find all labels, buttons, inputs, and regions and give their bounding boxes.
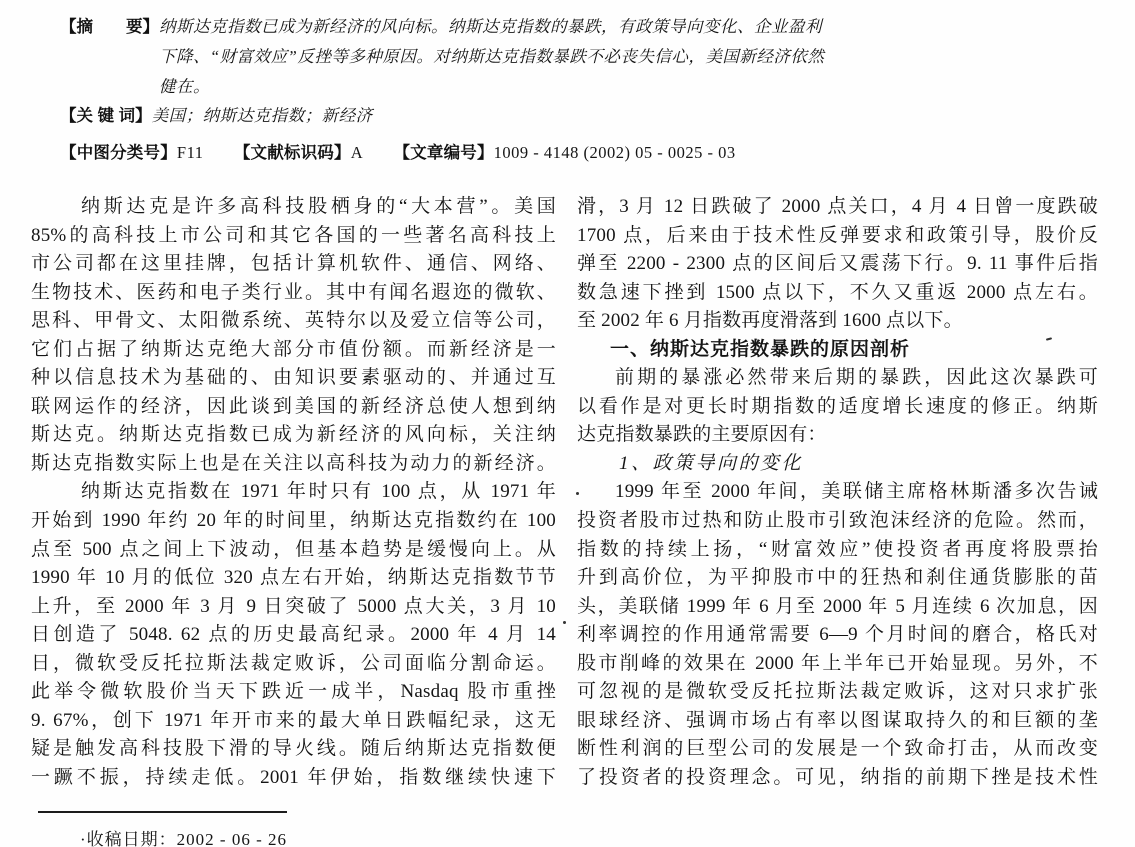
right-column: 滑，3 月 12 日跌破了 2000 点关口，4 月 4 日曾一度跌破 1700… [577, 193, 1098, 792]
scan-artifact-dot [576, 492, 579, 495]
text-line: 滑，3 月 12 日跌破了 2000 点关口，4 月 4 日曾一度跌破 [577, 193, 1098, 222]
subsection-heading: 1、政策导向的变化 [577, 450, 1098, 479]
text-line: 种以信息技术为基础的、由知识要素驱动的、并通过互 [31, 364, 556, 393]
text-line: 日，微软受反托拉斯法裁定败诉，公司面临分割命运。 [31, 650, 556, 679]
text-line: 上升，至 2000 年 3 月 9 日突破了 5000 点大关，3 月 10 [31, 593, 556, 622]
classification-block: 【中图分类号】F11 【文献标识码】A 【文章编号】1009 - 4148 (2… [60, 138, 762, 168]
abstract-text: 纳斯达克指数已成为新经济的风向标。纳斯达克指数的暴跌，有政策导向变化、企业盈利 … [159, 12, 1011, 102]
doc-code-group: 【文献标识码】A [234, 138, 363, 168]
text-line: 联网运作的经济，因此谈到美国的新经济总使人想到纳 [31, 393, 556, 422]
text-line: 利率调控的作用通常需要 6—9 个月时间的磨合，格氏对 [577, 621, 1098, 650]
text-line: 一蹶不振，持续走低。2001 年伊始，指数继续快速下 [31, 764, 556, 793]
keywords-block: 【关 键 词】 美国；纳斯达克指数；新经济 [60, 101, 1004, 131]
article-id-value: 1009 - 4148 (2002) 05 - 0025 - 03 [494, 143, 736, 162]
left-column: 纳斯达克是许多高科技股栖身的“大本营”。美国 85%的高科技上市公司和其它各国的… [31, 193, 556, 792]
text-line: 疑是触发高科技股下滑的导火线。随后纳斯达克指数便 [31, 735, 556, 764]
text-line: 点至 500 点之间上下波动，但基本趋势是缓慢向上。从 [31, 536, 556, 565]
text-line: 股市削峰的效果在 2000 年上半年已开始显现。另外，不 [577, 650, 1098, 679]
text-line: 可忽视的是微软受反托拉斯法裁定败诉，这对只求扩张 [577, 678, 1098, 707]
footnote-rule [38, 811, 287, 813]
text-line: 思科、甲骨文、太阳微系统、英特尔以及爱立信等公司， [31, 307, 556, 336]
text-line: 9. 67%，创下 1971 年开市来的最大单日跌幅纪录，这无 [31, 707, 556, 736]
text-line: 至 2002 年 6 月指数再度滑落到 1600 点以下。 [577, 307, 1098, 336]
abstract-line: 纳斯达克指数已成为新经济的风向标。纳斯达克指数的暴跌，有政策导向变化、企业盈利 [159, 12, 1011, 42]
text-line: 数急速下挫到 1500 点以下，不久又重返 2000 点左右。 [577, 279, 1098, 308]
text-line: 斯达克指数实际上也是在关注以高科技为动力的新经济。 [31, 450, 556, 479]
text-line: 此举令微软股价当天下跌近一成半，Nasdaq 股市重挫 [31, 678, 556, 707]
text-line: 达克指数暴跌的主要原因有： [577, 421, 1098, 450]
abstract-line: 下降、“财富效应”反挫等多种原因。对纳斯达克指数暴跌不必丧失信心，美国新经济依然 [159, 42, 1011, 72]
text-line: 断性利润的巨型公司的发展是一个致命打击，从而改变 [577, 735, 1098, 764]
scanned-paper-page: 【摘 要】 纳斯达克指数已成为新经济的风向标。纳斯达克指数的暴跌，有政策导向变化… [0, 0, 1135, 847]
section-heading: 一、纳斯达克指数暴跌的原因剖析 [577, 336, 1098, 365]
abstract-block: 【摘 要】 纳斯达克指数已成为新经济的风向标。纳斯达克指数的暴跌，有政策导向变化… [60, 12, 1011, 102]
text-line: 以看作是对更长时期指数的适度增长速度的修正。纳斯 [577, 393, 1098, 422]
text-line: 斯达克。纳斯达克指数已成为新经济的风向标，关注纳 [31, 421, 556, 450]
text-line: 85%的高科技上市公司和其它各国的一些著名高科技上 [31, 222, 556, 251]
text-line: 1700 点，后来由于技术性反弹要求和政策引导，股价反 [577, 222, 1098, 251]
article-id-group: 【文章编号】1009 - 4148 (2002) 05 - 0025 - 03 [393, 138, 735, 168]
text-line: 眼球经济、强调市场占有率以图谋取持久的和巨额的垄 [577, 707, 1098, 736]
clc-group: 【中图分类号】F11 [60, 138, 203, 168]
text-line: 1990 年 10 月的低位 320 点左右开始，纳斯达克指数节节 [31, 564, 556, 593]
text-line: 生物技术、医药和电子类行业。其中有闻名遐迩的微软、 [31, 279, 556, 308]
text-line: 前期的暴涨必然带来后期的暴跌，因此这次暴跌可 [577, 364, 1098, 393]
text-line: 1999 年至 2000 年间，美联储主席格林斯潘多次告诫 [577, 478, 1098, 507]
keywords-label: 【关 键 词】 [60, 101, 152, 131]
abstract-label: 【摘 要】 [60, 12, 159, 42]
text-line: 纳斯达克是许多高科技股栖身的“大本营”。美国 [31, 193, 556, 222]
abstract-line: 健在。 [159, 72, 1011, 102]
keywords-text: 美国；纳斯达克指数；新经济 [152, 101, 1004, 131]
text-line: 日创造了 5048. 62 点的历史最高纪录。2000 年 4 月 14 [31, 621, 556, 650]
text-line: 弹至 2200 - 2300 点的区间后又震荡下行。9. 11 事件后指 [577, 250, 1098, 279]
text-line: 升到高价位，为平抑股市中的狂热和刹住通货膨胀的苗 [577, 564, 1098, 593]
text-line: 纳斯达克指数在 1971 年时只有 100 点，从 1971 年 [31, 478, 556, 507]
text-line: 了投资者的投资理念。可见，纳指的前期下挫是技术性 [577, 764, 1098, 793]
scan-artifact-dot [563, 621, 566, 624]
received-date: ·收稿日期：2002 - 06 - 26 [80, 825, 287, 847]
text-line: 头，美联储 1999 年 6 月至 2000 年 5 月连续 6 次加息，因 [577, 593, 1098, 622]
text-line: 投资者股市过热和防止股市引致泡沫经济的危险。然而， [577, 507, 1098, 536]
text-line: 市公司都在这里挂牌，包括计算机软件、通信、网络、 [31, 250, 556, 279]
doc-code-value: A [351, 143, 363, 162]
text-line: 指数的持续上扬，“财富效应”使投资者再度将股票抬 [577, 536, 1098, 565]
clc-value: F11 [177, 143, 204, 162]
text-line: 它们占据了纳斯达克绝大部分市值份额。而新经济是一 [31, 336, 556, 365]
doc-code-label: 【文献标识码】 [234, 144, 351, 162]
article-id-label: 【文章编号】 [393, 144, 493, 162]
clc-label: 【中图分类号】 [60, 144, 177, 162]
text-line: 开始到 1990 年约 20 年的时间里，纳斯达克指数约在 100 [31, 507, 556, 536]
